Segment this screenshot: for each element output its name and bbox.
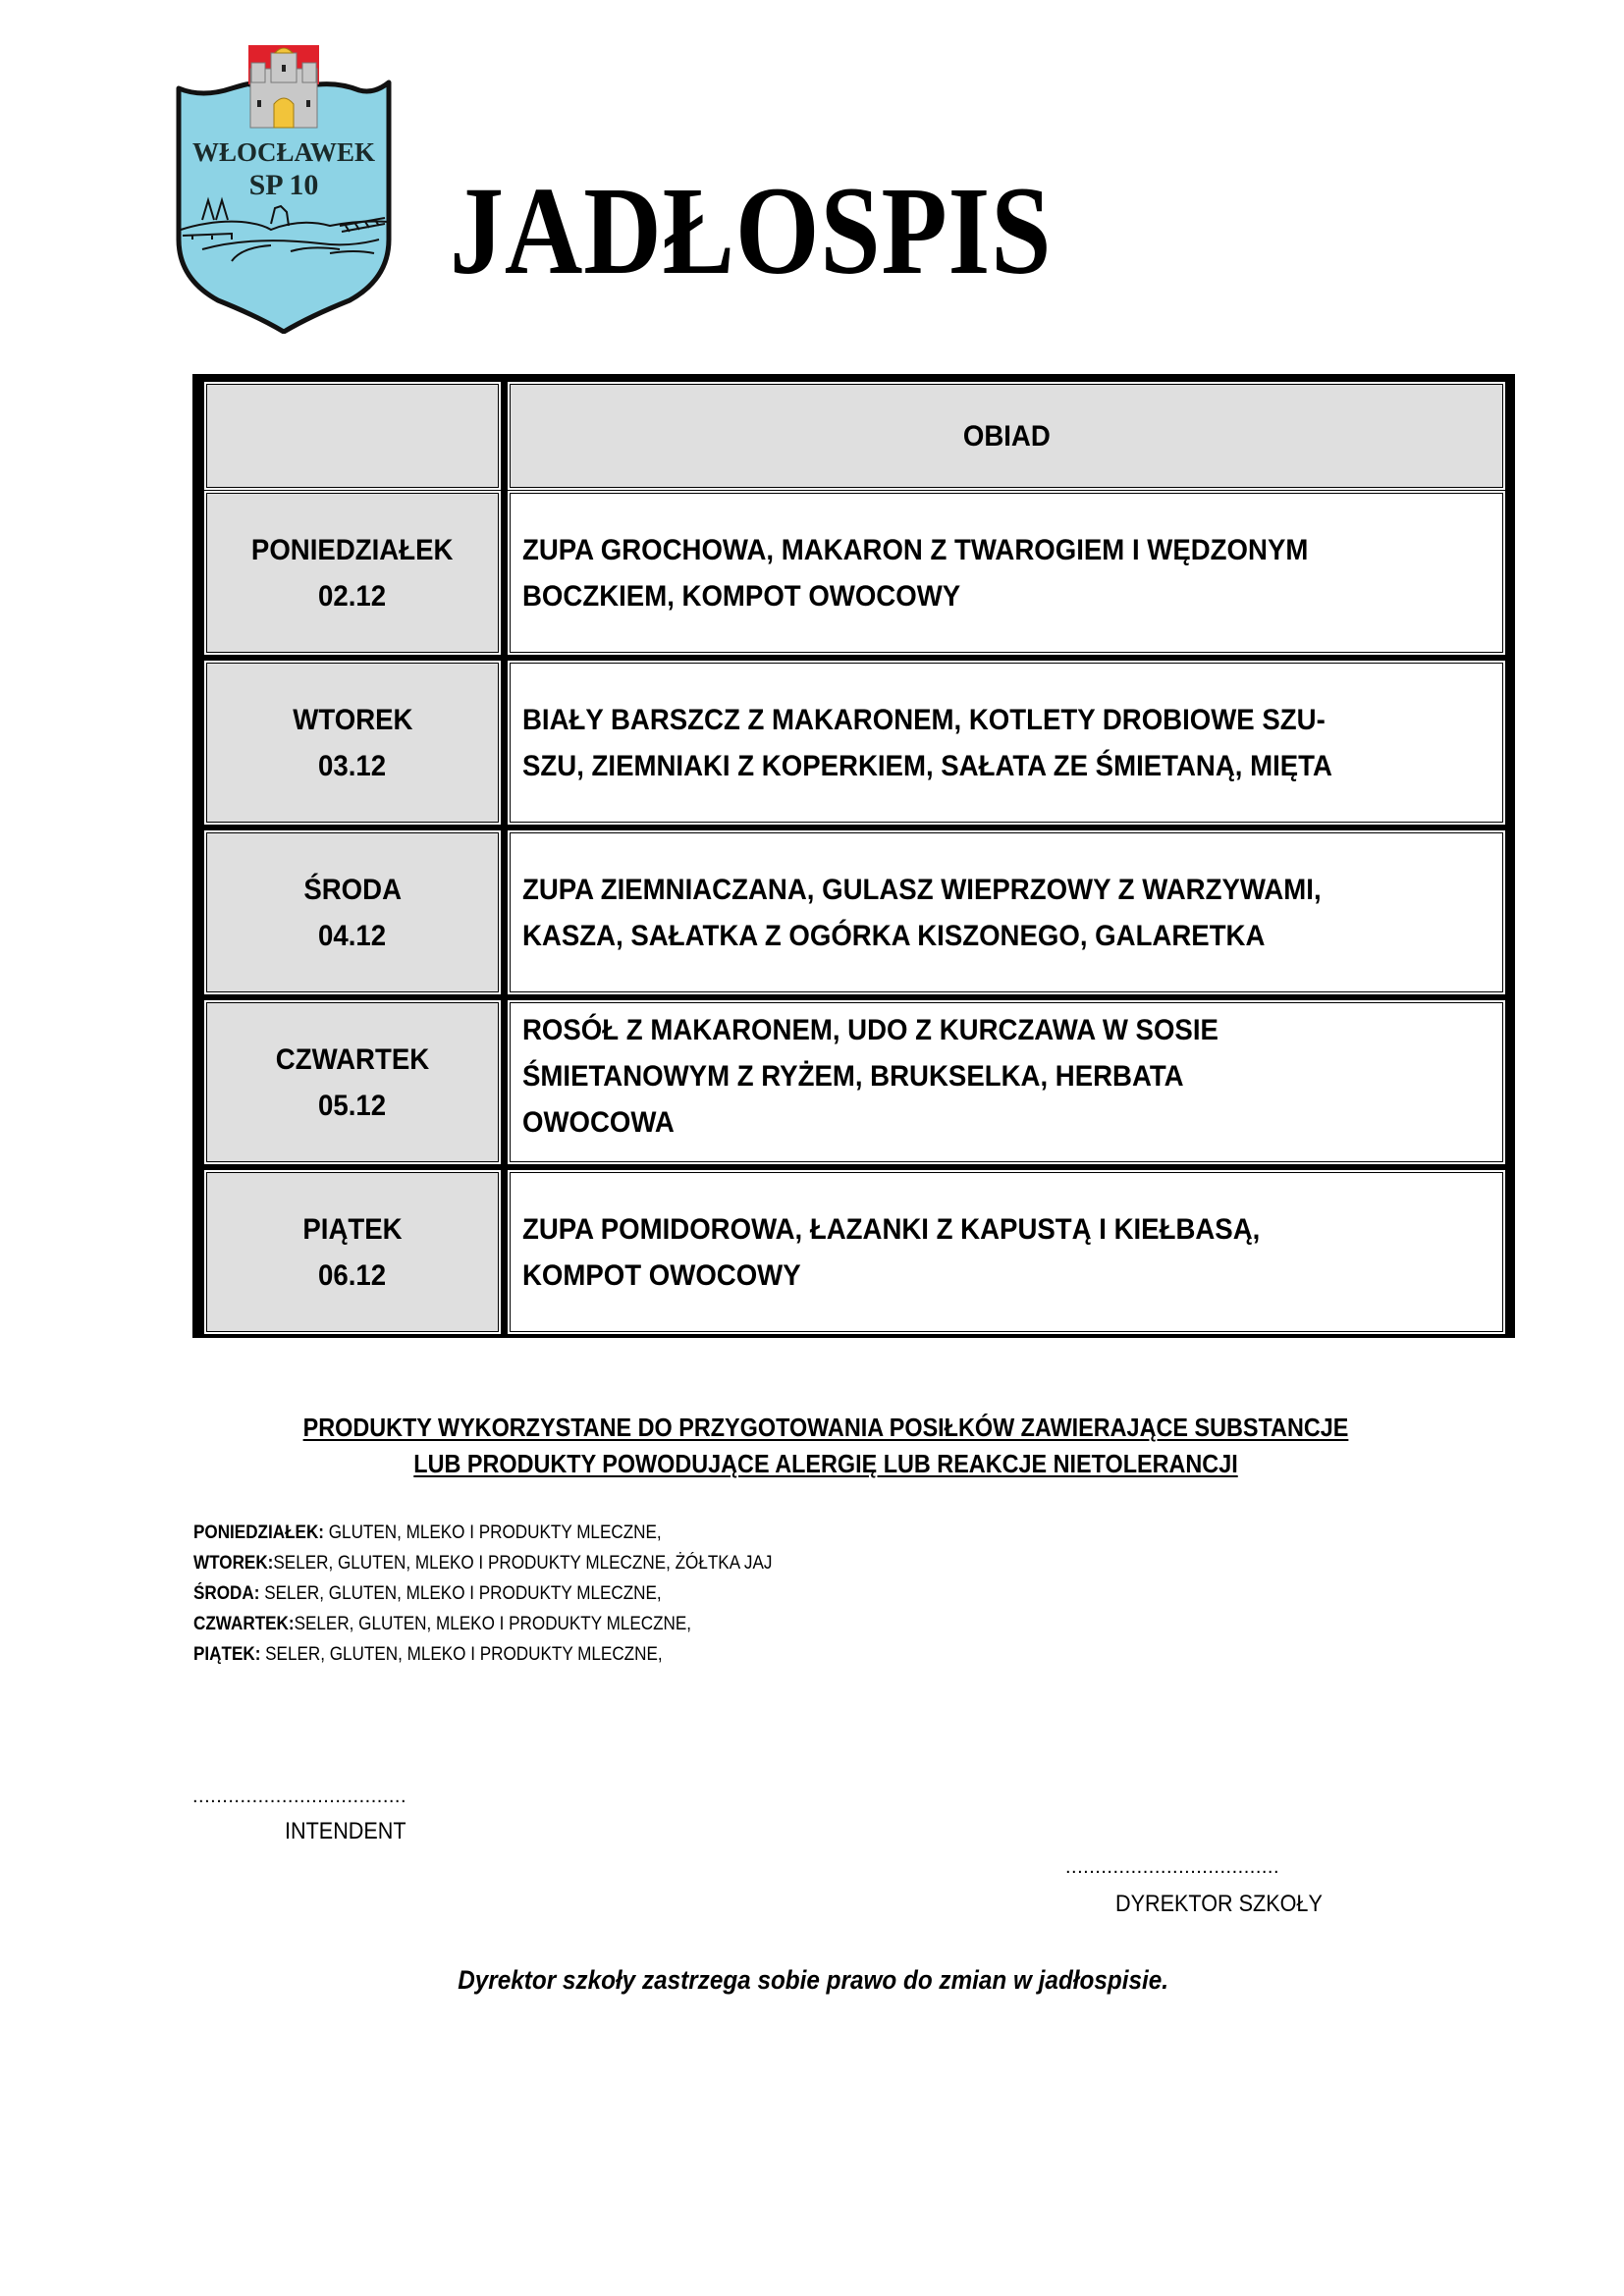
meal-cell: ZUPA GROCHOWA, MAKARON Z TWAROGIEM I WĘD…	[511, 494, 1502, 652]
allergen-heading-line-2: LUB PRODUKTY POWODUJĄCE ALERGIĘ LUB REAK…	[256, 1446, 1396, 1482]
day-name: PIĄTEK	[302, 1206, 402, 1253]
meal-cell: BIAŁY BARSZCZ Z MAKARONEM, KOTLETY DROBI…	[511, 664, 1502, 822]
director-label: DYREKTOR SZKOŁY	[1115, 1891, 1323, 1918]
day-date: 05.12	[318, 1083, 386, 1129]
menu-table: OBIAD PONIEDZIAŁEK02.12ZUPA GROCHOWA, MA…	[192, 374, 1515, 1338]
header-meal-label: OBIAD	[963, 413, 1051, 459]
day-cell: PIĄTEK06.12	[207, 1173, 498, 1331]
day-cell: PONIEDZIAŁEK02.12	[207, 494, 498, 652]
allergen-day: WTOREK:	[193, 1553, 273, 1574]
allergen-item: WTOREK:SELER, GLUTEN, MLEKO I PRODUKTY M…	[193, 1548, 989, 1578]
day-date: 04.12	[318, 913, 386, 959]
meal-line: ROSÓŁ Z MAKARONEM, UDO Z KURCZAWA W SOSI…	[522, 1007, 1424, 1053]
day-cell: WTOREK03.12	[207, 664, 498, 822]
allergen-day: CZWARTEK:	[193, 1614, 295, 1634]
allergen-text: GLUTEN, MLEKO I PRODUKTY MLECZNE,	[324, 1522, 662, 1543]
day-cell: CZWARTEK05.12	[207, 1003, 498, 1161]
allergen-heading: PRODUKTY WYKORZYSTANE DO PRZYGOTOWANIA P…	[192, 1410, 1459, 1482]
meal-cell: ZUPA POMIDOROWA, ŁAZANKI Z KAPUSTĄ I KIE…	[511, 1173, 1502, 1331]
meal-line: ŚMIETANOWYM Z RYŻEM, BRUKSELKA, HERBATA	[522, 1053, 1424, 1099]
intendent-label: INTENDENT	[285, 1818, 406, 1845]
allergen-text: SELER, GLUTEN, MLEKO I PRODUKTY MLECZNE,…	[273, 1553, 772, 1574]
allergen-day: PIĄTEK:	[193, 1644, 260, 1665]
footer-note-text: Dyrektor szkoły zastrzega sobie prawo do…	[459, 1963, 1169, 1997]
meal-line: BOCZKIEM, KOMPOT OWOCOWY	[522, 573, 1424, 619]
allergen-day: PONIEDZIAŁEK:	[193, 1522, 324, 1543]
logo-school-text: SP 10	[249, 169, 319, 201]
meal-line: ZUPA ZIEMNIACZANA, GULASZ WIEPRZOWY Z WA…	[522, 867, 1424, 913]
meal-cell: ROSÓŁ Z MAKARONEM, UDO Z KURCZAWA W SOSI…	[511, 1003, 1502, 1161]
meal-cell: ZUPA ZIEMNIACZANA, GULASZ WIEPRZOWY Z WA…	[511, 833, 1502, 991]
day-name: WTOREK	[293, 697, 412, 743]
footer-note: Dyrektor szkoły zastrzega sobie prawo do…	[192, 1963, 1435, 1997]
meal-line: SZU, ZIEMNIAKI Z KOPERKIEM, SAŁATA ZE ŚM…	[522, 743, 1424, 789]
allergen-day: ŚRODA:	[193, 1583, 259, 1604]
day-name: ŚRODA	[303, 867, 402, 913]
allergen-list: PONIEDZIAŁEK: GLUTEN, MLEKO I PRODUKTY M…	[193, 1518, 1077, 1670]
school-logo: WŁOCŁAWEK SP 10	[173, 43, 395, 334]
day-name: CZWARTEK	[276, 1037, 429, 1083]
allergen-item: PIĄTEK: SELER, GLUTEN, MLEKO I PRODUKTY …	[193, 1639, 989, 1670]
allergen-item: ŚRODA: SELER, GLUTEN, MLEKO I PRODUKTY M…	[193, 1578, 989, 1609]
allergen-item: PONIEDZIAŁEK: GLUTEN, MLEKO I PRODUKTY M…	[193, 1518, 989, 1548]
allergen-item: CZWARTEK:SELER, GLUTEN, MLEKO I PRODUKTY…	[193, 1609, 989, 1639]
allergen-heading-line-1: PRODUKTY WYKORZYSTANE DO PRZYGOTOWANIA P…	[256, 1410, 1396, 1446]
meal-line: OWOCOWA	[522, 1099, 1424, 1146]
meal-line: KOMPOT OWOCOWY	[522, 1253, 1424, 1299]
day-date: 03.12	[318, 743, 386, 789]
page-title: JADŁOSPIS	[450, 157, 1092, 304]
intendent-signature-line: ....................................	[192, 1787, 406, 1806]
day-date: 02.12	[318, 573, 386, 619]
allergen-text: SELER, GLUTEN, MLEKO I PRODUKTY MLECZNE,	[295, 1614, 691, 1634]
logo-city-text: WŁOCŁAWEK	[192, 137, 375, 167]
meal-line: ZUPA GROCHOWA, MAKARON Z TWAROGIEM I WĘD…	[522, 527, 1424, 573]
meal-line: BIAŁY BARSZCZ Z MAKARONEM, KOTLETY DROBI…	[522, 697, 1424, 743]
day-cell: ŚRODA04.12	[207, 833, 498, 991]
header-meal-cell: OBIAD	[511, 385, 1502, 487]
meal-line: ZUPA POMIDOROWA, ŁAZANKI Z KAPUSTĄ I KIE…	[522, 1206, 1424, 1253]
day-name: PONIEDZIAŁEK	[251, 527, 453, 573]
meal-line: KASZA, SAŁATKA Z OGÓRKA KISZONEGO, GALAR…	[522, 913, 1424, 959]
director-signature-line: ....................................	[1065, 1857, 1279, 1877]
allergen-text: SELER, GLUTEN, MLEKO I PRODUKTY MLECZNE,	[260, 1644, 662, 1665]
header-day-cell	[207, 385, 498, 487]
allergen-text: SELER, GLUTEN, MLEKO I PRODUKTY MLECZNE,	[259, 1583, 661, 1604]
day-date: 06.12	[318, 1253, 386, 1299]
